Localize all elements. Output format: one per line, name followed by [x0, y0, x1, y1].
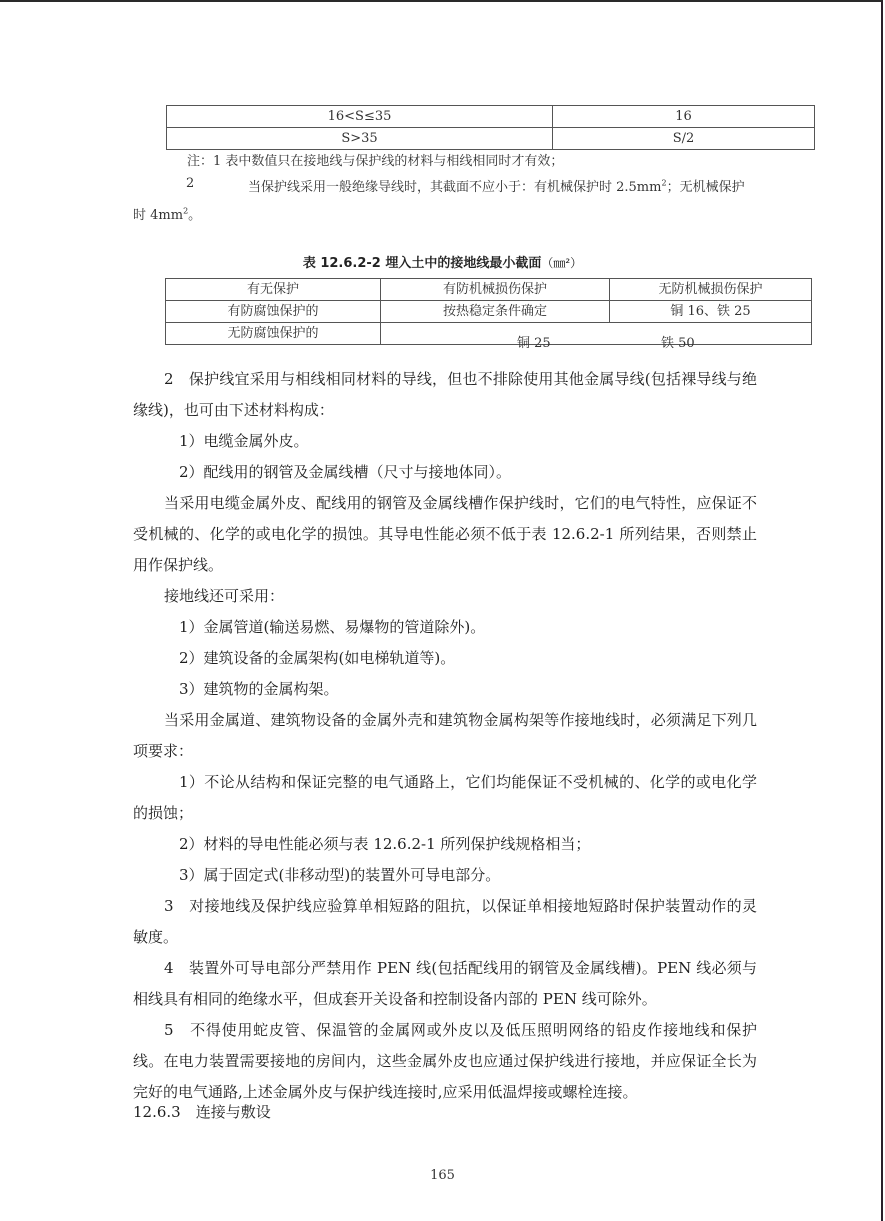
- table-cell: S/2: [553, 128, 815, 150]
- list-item: 1）不论从结构和保证完整的电气通路上，它们均能保证不受机械的、化学的或电化学的损…: [133, 767, 757, 829]
- table-cell: 16<S≤35: [167, 106, 553, 128]
- note-text: 。: [188, 208, 201, 223]
- paragraph-item-2: 2 保护线宜采用与相线相同材料的导线，但也不排除使用其他金属导线(包括裸导线与绝…: [133, 364, 757, 426]
- conductor-section-table-continued: 16<S≤35 16 S>35 S/2: [166, 105, 815, 150]
- page-number: 165: [0, 1168, 885, 1183]
- section-heading: 12.6.3 连接与敷设: [133, 1097, 757, 1128]
- iron-value: 铁 50: [661, 334, 695, 354]
- table-cell: S>35: [167, 128, 553, 150]
- table-header-row: 有无保护 有防机械损伤保护 无防机械损伤保护: [166, 279, 812, 301]
- table-caption: 表 12.6.2-2 埋入土中的接地线最小截面（㎜²）: [0, 252, 885, 271]
- note-text: 当保护线采用一般绝缘导线时，其截面不应小于：有机械保护时 2.5mm: [248, 180, 661, 195]
- paragraph-item-3: 3 对接地线及保护线应验算单相短路的阻抗，以保证单相接地短路时保护装置动作的灵敏…: [133, 891, 757, 953]
- list-item: 1）电缆金属外皮。: [133, 426, 757, 457]
- table-cell: 无防腐蚀保护的: [166, 323, 381, 345]
- table-row: 16<S≤35 16: [167, 106, 815, 128]
- table-note-2-text: 当保护线采用一般绝缘导线时，其截面不应小于：有机械保护时 2.5mm2；无机械保…: [248, 176, 745, 195]
- paragraph: 当采用金属道、建筑物设备的金属外壳和建筑物金属构架等作接地线时，必须满足下列几项…: [133, 705, 757, 767]
- table-row: 无防腐蚀保护的 铜 25铁 50: [166, 323, 812, 345]
- paragraph-item-5: 5 不得使用蛇皮管、保温管的金属网或外皮以及低压照明网络的铅皮作接地线和保护线。…: [133, 1015, 757, 1108]
- table-cell: 16: [553, 106, 815, 128]
- header-cell: 有防机械损伤保护: [381, 279, 610, 301]
- list-item: 2）材料的导电性能必须与表 12.6.2-1 所列保护线规格相当；: [133, 829, 757, 860]
- buried-ground-wire-table: 有无保护 有防机械损伤保护 无防机械损伤保护 有防腐蚀保护的 按热稳定条件确定 …: [165, 278, 812, 345]
- list-item: 1）金属管道(输送易燃、易爆物的管道除外)。: [133, 612, 757, 643]
- note-text: 时 4mm: [133, 208, 183, 223]
- header-cell: 无防机械损伤保护: [610, 279, 812, 301]
- table-note-2-number: 2: [186, 176, 194, 191]
- table-row: 有防腐蚀保护的 按热稳定条件确定 铜 16、铁 25: [166, 301, 812, 323]
- caption-unit: （㎜²）: [541, 256, 582, 270]
- list-item: 3）建筑物的金属构架。: [133, 674, 757, 705]
- caption-text: 表 12.6.2-2 埋入土中的接地线最小截面: [303, 256, 542, 271]
- paragraph: 接地线还可采用：: [133, 581, 757, 612]
- header-cell: 有无保护: [166, 279, 381, 301]
- merged-table-cell: 铜 25铁 50: [381, 323, 812, 345]
- table-cell: 铜 16、铁 25: [610, 301, 812, 323]
- table-cell: 有防腐蚀保护的: [166, 301, 381, 323]
- paragraph-item-4: 4 装置外可导电部分严禁用作 PEN 线(包括配线用的钢管及金属线槽)。PEN …: [133, 953, 757, 1015]
- list-item: 3）属于固定式(非移动型)的装置外可导电部分。: [133, 860, 757, 891]
- table-cell: 按热稳定条件确定: [381, 301, 610, 323]
- list-item: 2）配线用的钢管及金属线槽（尺寸与接地体同）。: [133, 457, 757, 488]
- copper-value: 铜 25: [517, 334, 551, 354]
- note-text: ；无机械保护: [667, 180, 745, 195]
- list-item: 2）建筑设备的金属架构(如电梯轨道等)。: [133, 643, 757, 674]
- table-note-2-continued: 时 4mm2。: [133, 204, 201, 223]
- paragraph: 当采用电缆金属外皮、配线用的钢管及金属线槽作保护线时，它们的电气特性，应保证不受…: [133, 488, 757, 581]
- table-row: S>35 S/2: [167, 128, 815, 150]
- table-note-1: 注：1 表中数值只在接地线与保护线的材料与相线相同时才有效；: [187, 150, 563, 169]
